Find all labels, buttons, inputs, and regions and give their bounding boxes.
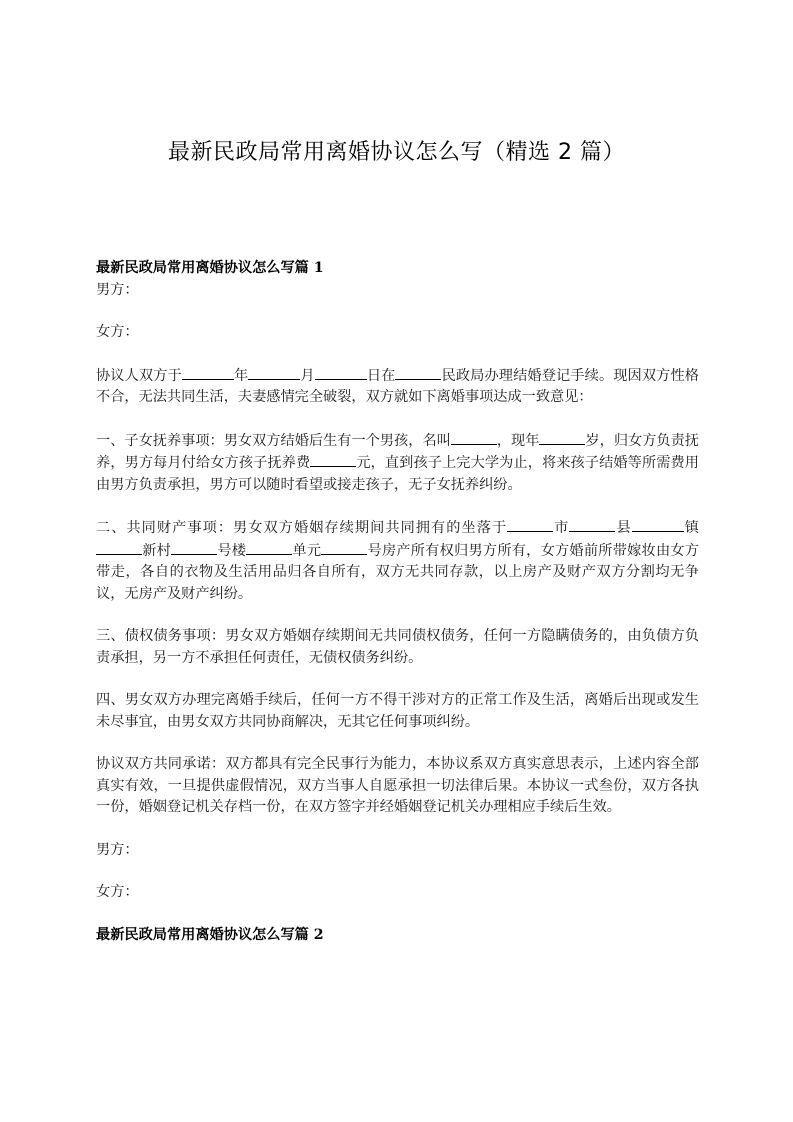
document-title: 最新民政局常用离婚协议怎么写（精选 2 篇） [0,138,793,168]
intro-text: 日在 [367,368,396,384]
female-party-label: 女方： [96,322,699,344]
intro-text: 年 [234,368,248,384]
clause-text: 一、子女抚养事项：男女双方结婚后生有一个男孩，名叫 [96,433,451,449]
clause-text: 镇 [684,520,699,536]
support-amount-blank[interactable] [310,452,356,467]
clause-post-divorce: 四、男女双方办理完离婚手续后，任何一方不得干涉对方的正常工作及生活，离婚后出现或… [96,690,699,733]
intro-paragraph: 协议人双方于年月日在民政局办理结婚登记手续。现因双方性格不合，无法共同生活，夫妻… [96,365,699,409]
clause-text: 县 [615,520,631,536]
child-name-blank[interactable] [451,430,497,445]
year-blank[interactable] [182,365,234,380]
bureau-blank[interactable] [395,365,441,380]
building-blank[interactable] [171,540,217,555]
day-blank[interactable] [315,365,367,380]
month-blank[interactable] [248,365,300,380]
male-signature-label: 男方： [96,840,699,862]
clause-joint-property: 二、共同财产事项：男女双方婚姻存续期间共同拥有的坐落于市县镇新村号楼单元号房产所… [96,517,699,605]
unit-blank[interactable] [246,540,292,555]
clause-text: 二、共同财产事项：男女双方婚姻存续期间共同拥有的坐落于 [96,520,507,536]
intro-text: 协议人双方于 [96,368,182,384]
county-blank[interactable] [569,517,615,532]
section-heading-1: 最新民政局常用离婚协议怎么写篇 1 [96,258,699,280]
child-age-blank[interactable] [539,430,585,445]
clause-text: 新村 [142,543,171,559]
village-blank[interactable] [96,540,142,555]
clause-text: 号楼 [217,543,246,559]
city-blank[interactable] [507,517,553,532]
room-blank[interactable] [321,540,367,555]
document-page: 最新民政局常用离婚协议怎么写（精选 2 篇） 最新民政局常用离婚协议怎么写篇 1… [0,0,793,1122]
document-body: 最新民政局常用离婚协议怎么写篇 1 男方： 女方： 协议人双方于年月日在民政局办… [96,258,699,946]
clause-debts: 三、债权债务事项：男女双方婚姻存续期间无共同债权债务，任何一方隐瞒债务的，由负债… [96,626,699,669]
town-blank[interactable] [632,517,684,532]
clause-text: 市 [553,520,569,536]
clause-text: 单元 [292,543,321,559]
intro-text: 月 [300,368,314,384]
female-signature-label: 女方： [96,882,699,904]
clause-child-custody: 一、子女抚养事项：男女双方结婚后生有一个男孩，名叫，现年岁，归女方负责抚养，男方… [96,430,699,497]
joint-commitment: 协议双方共同承诺：双方都具有完全民事行为能力，本协议系双方真实意思表示，上述内容… [96,754,699,819]
clause-text: ，现年 [497,433,540,449]
section-heading-2: 最新民政局常用离婚协议怎么写篇 2 [96,925,699,947]
male-party-label: 男方： [96,280,699,302]
